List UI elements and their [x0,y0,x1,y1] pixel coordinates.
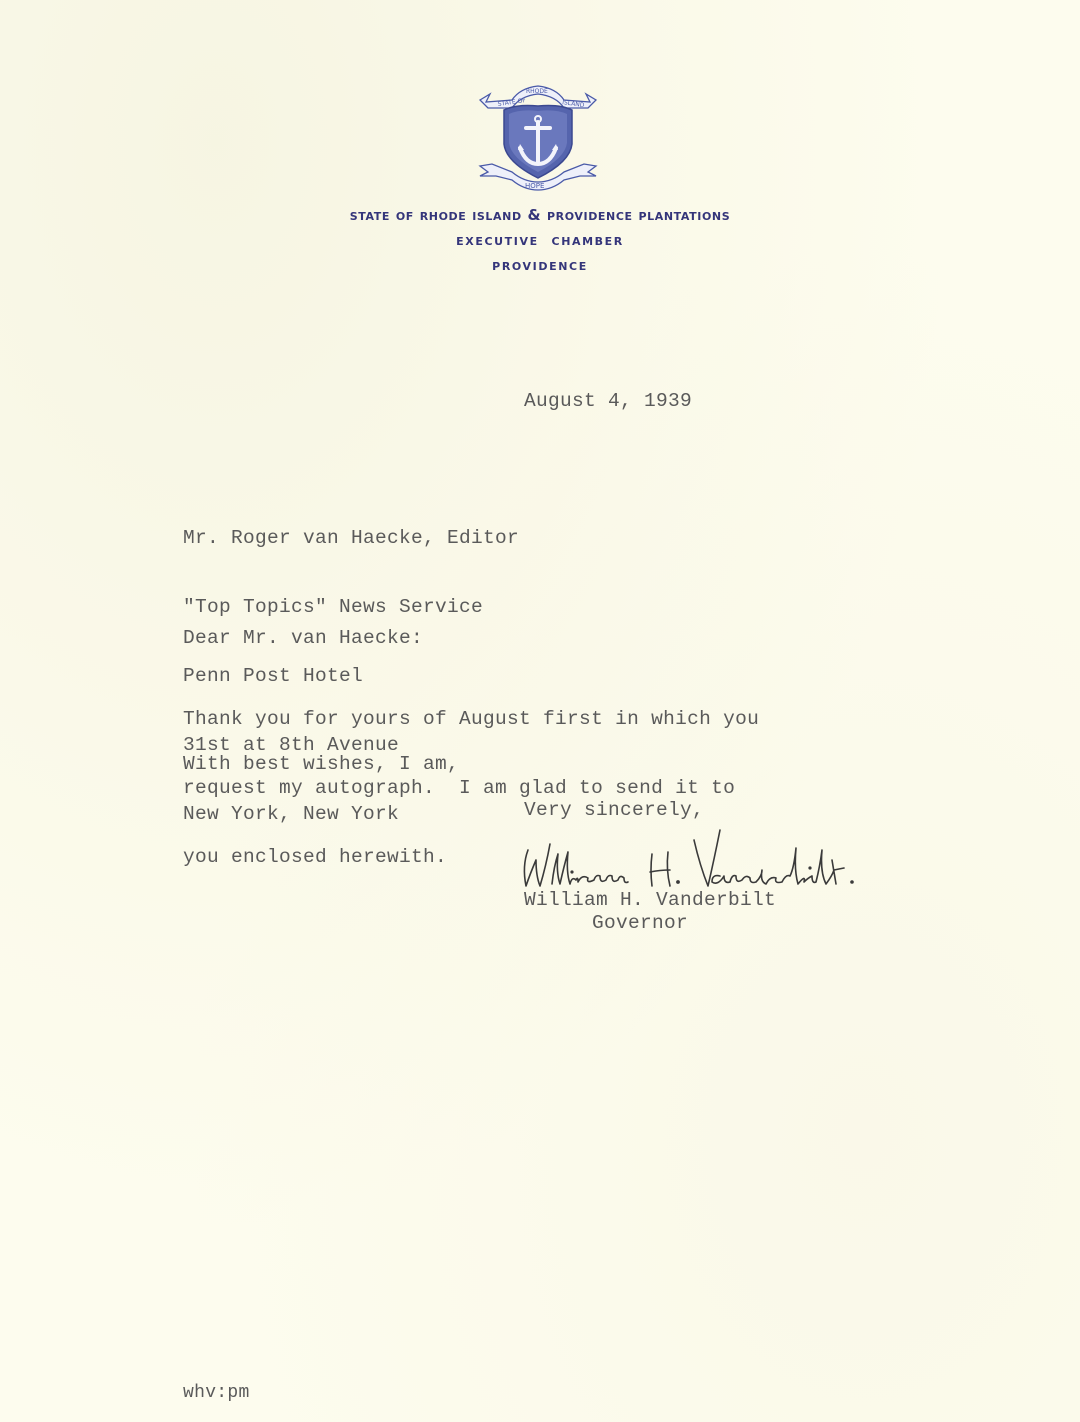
letterhead-state-name: State of Rhode Island & Providence Plant… [0,206,1080,224]
body-line: request my autograph. I am glad to send … [183,777,759,800]
letter-date: August 4, 1939 [524,390,692,413]
address-line: "Top Topics" News Service [183,596,519,619]
salutation: Dear Mr. van Haecke: [183,627,423,650]
address-line: Mr. Roger van Haecke, Editor [183,527,519,550]
signatory-title: Governor [592,912,688,935]
handwritten-signature [514,826,884,894]
letterhead-office: Executive Chamber [0,231,1080,249]
complimentary-close: Very sincerely, [524,799,704,822]
rhode-island-seal-icon: STATE OF RHODE ISLAND HOPE [476,78,600,192]
svg-text:RHODE: RHODE [526,88,548,95]
letterhead-city: Providence [0,256,1080,274]
svg-text:HOPE: HOPE [525,182,544,190]
reference-initials: whv:pm [183,1382,250,1405]
closing-wish: With best wishes, I am, [183,753,459,776]
body-line: Thank you for yours of August first in w… [183,708,759,731]
signatory-name: William H. Vanderbilt [524,889,776,912]
